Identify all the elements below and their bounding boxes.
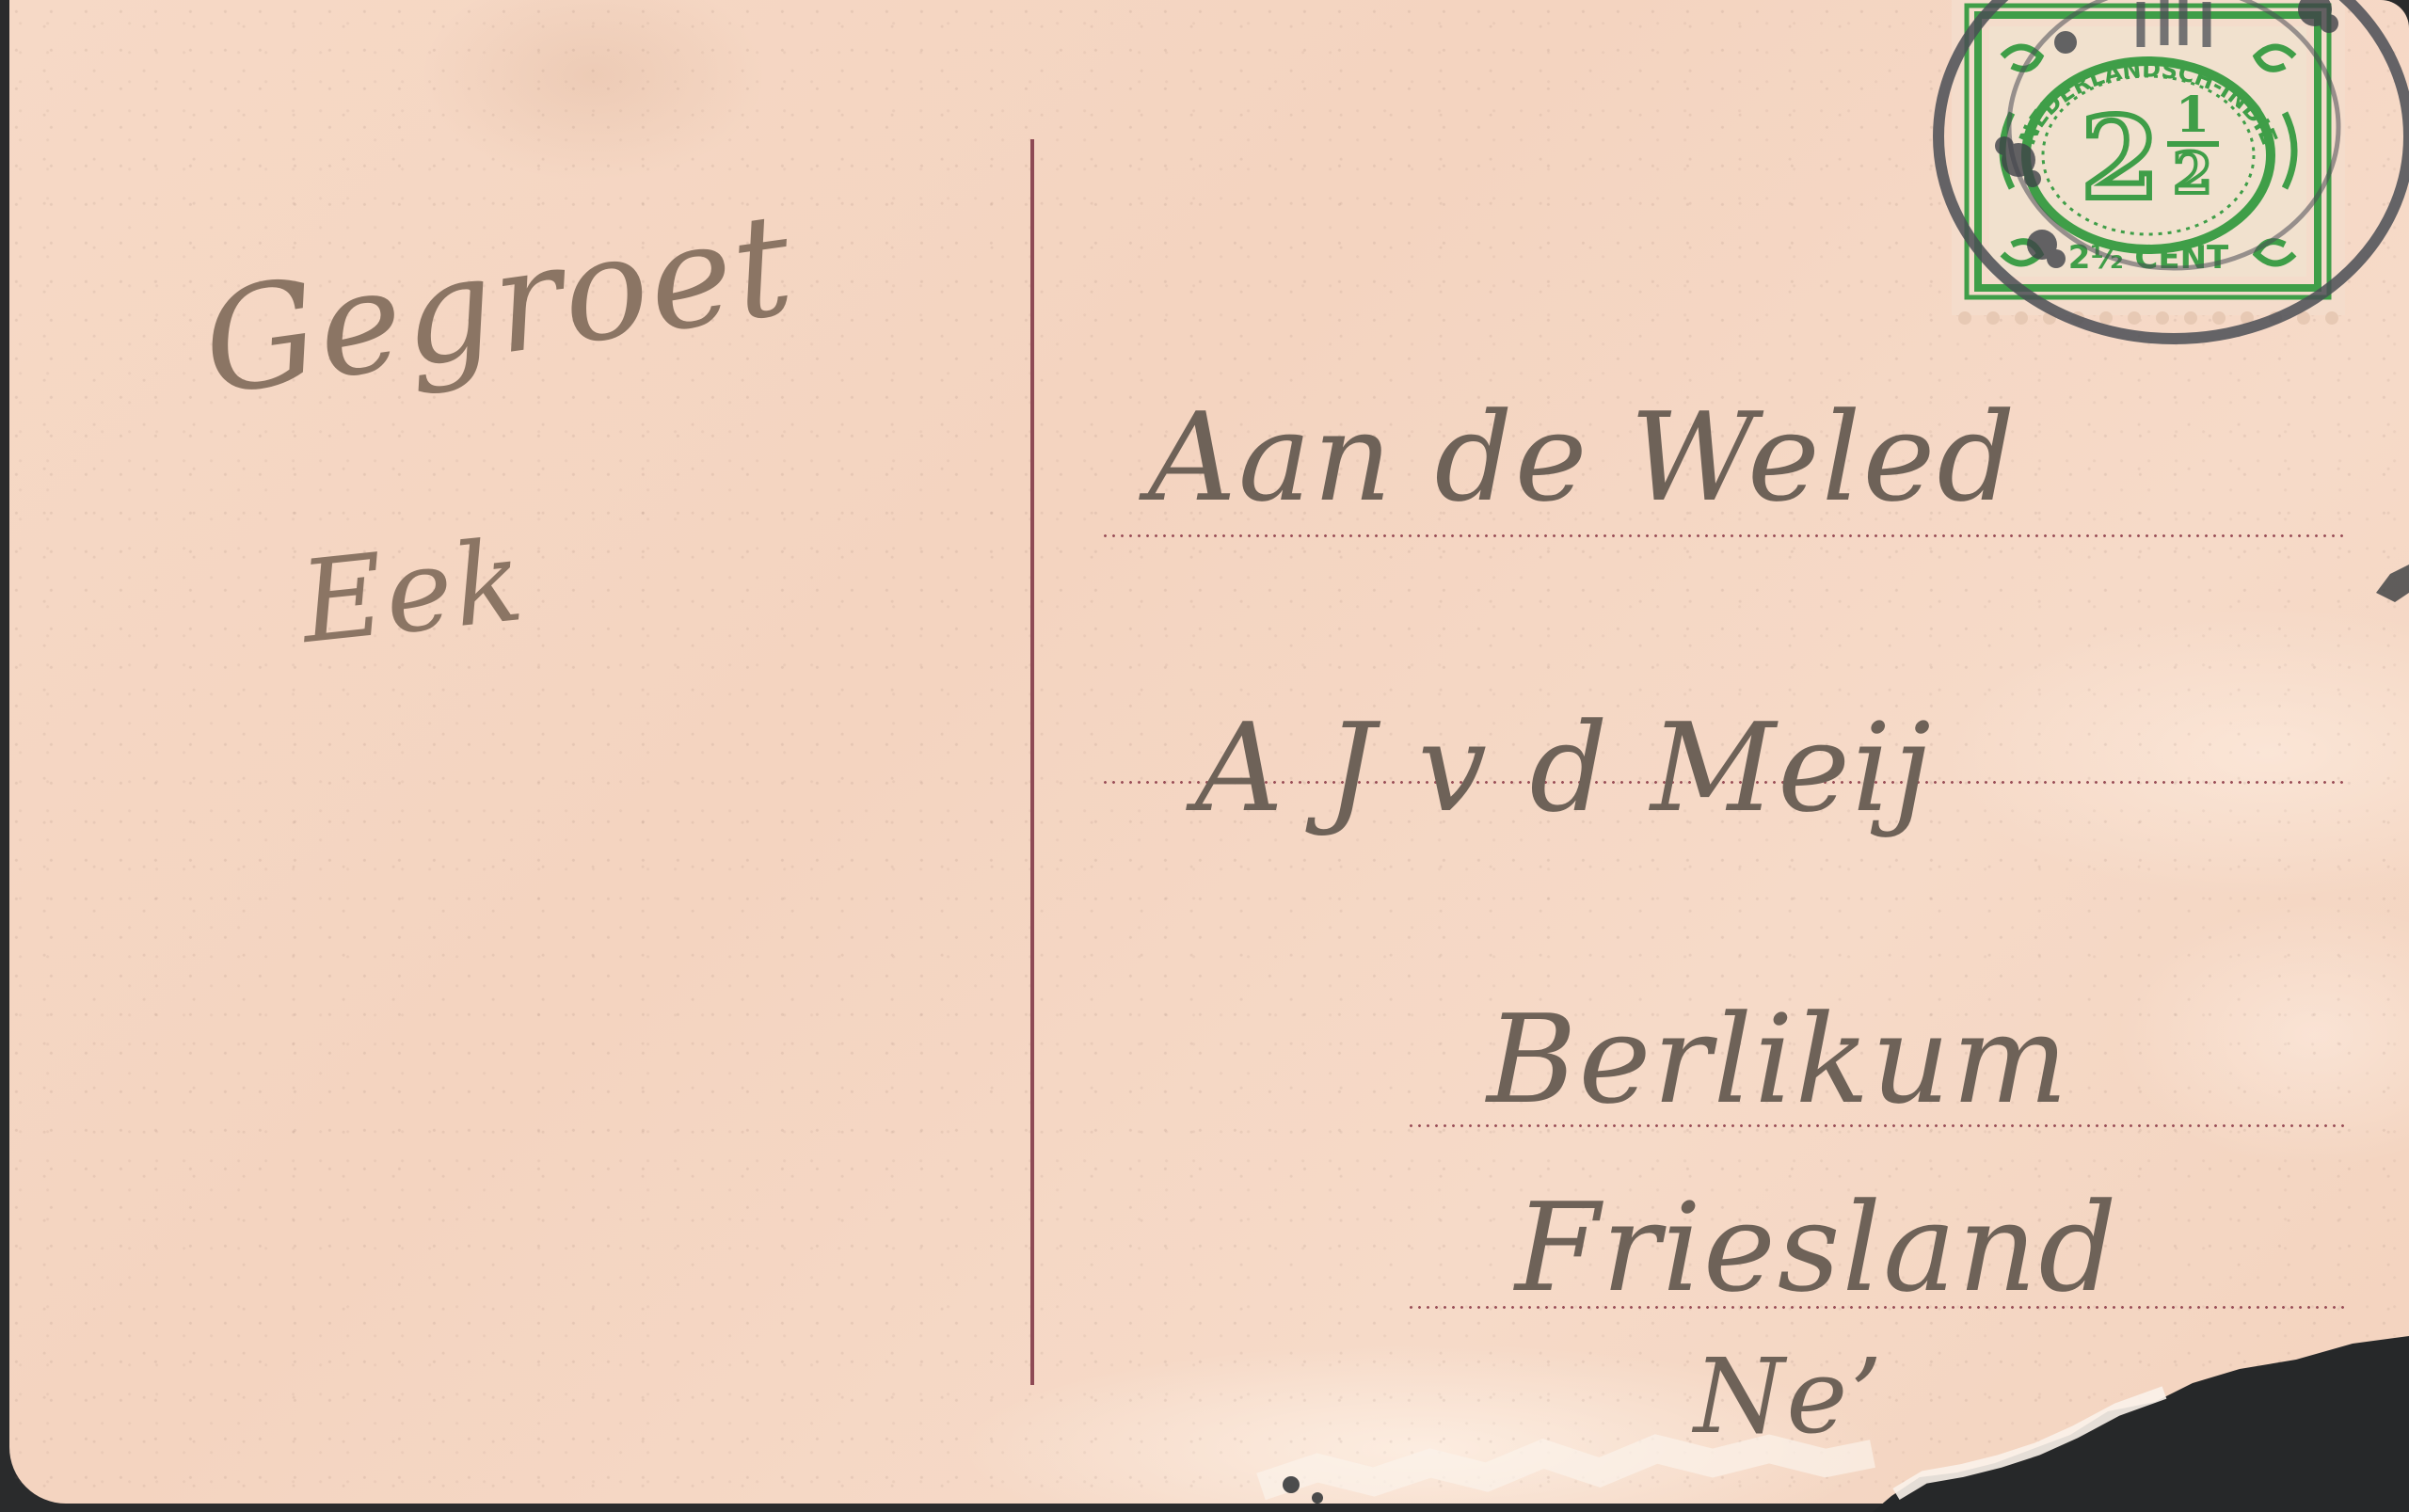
stamp-value-numeral: 2 <box>2081 92 2160 225</box>
address-line-name: A J v d Meij <box>1195 696 1933 839</box>
greeting-text: Gegroet <box>194 183 804 427</box>
address-rule-1 <box>1101 534 2343 537</box>
address-line-province: Friesland <box>1515 1176 2119 1319</box>
address-line-salutation: Aan de Weled <box>1148 386 2018 529</box>
address-line-town: Berlikum <box>1487 988 2070 1131</box>
signature-text: Eek <box>295 516 531 669</box>
message-address-divider <box>1030 139 1034 1385</box>
stamp-denomination: 2½ CENT <box>2068 239 2229 277</box>
address-line-country: Ne’ <box>1694 1336 1884 1456</box>
stamp-fraction-top: 1 <box>2176 87 2210 144</box>
postage-stamp: NEDERLANDSCH-INDIE 2 1 2 2½ CENT <box>1946 0 2351 325</box>
stamp-fraction-bottom: 2 <box>2173 141 2212 207</box>
